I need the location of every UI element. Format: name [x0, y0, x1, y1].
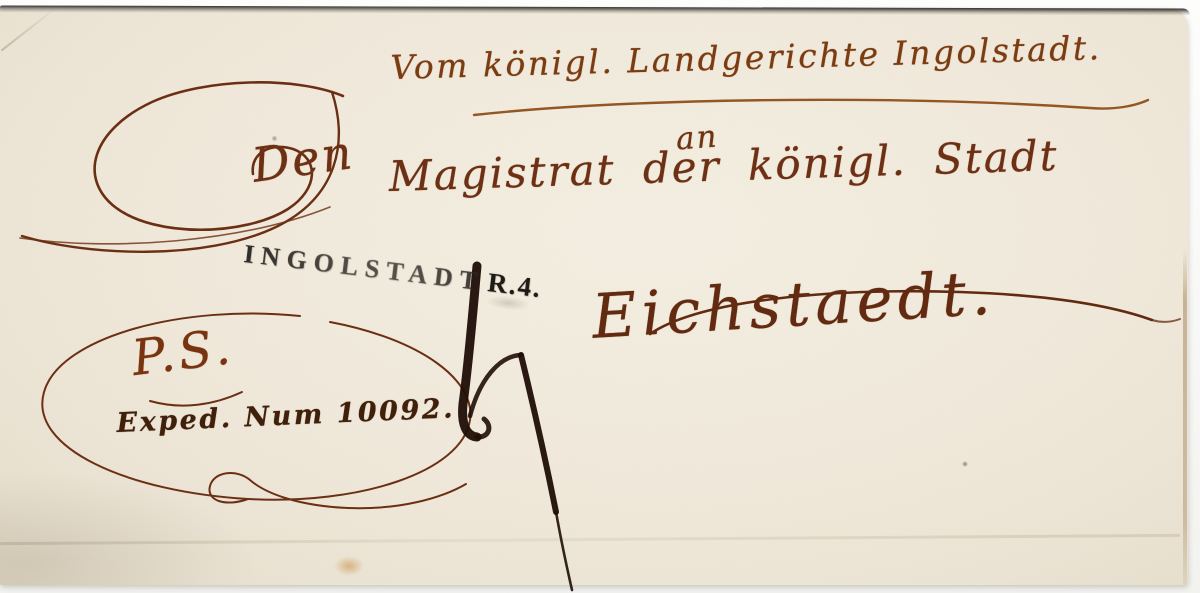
paper-stain — [334, 556, 364, 576]
ink-speck — [962, 461, 968, 467]
rate-mark-value: 4 — [0, 0, 1, 1]
postmark-suffix: R.4. — [486, 267, 544, 303]
scanned-letter-photo: Vom königl. Landgerichte Ingolstadt. an … — [0, 0, 1200, 593]
paper-right-fold — [1183, 250, 1187, 585]
bottom-left-shading — [0, 470, 260, 585]
